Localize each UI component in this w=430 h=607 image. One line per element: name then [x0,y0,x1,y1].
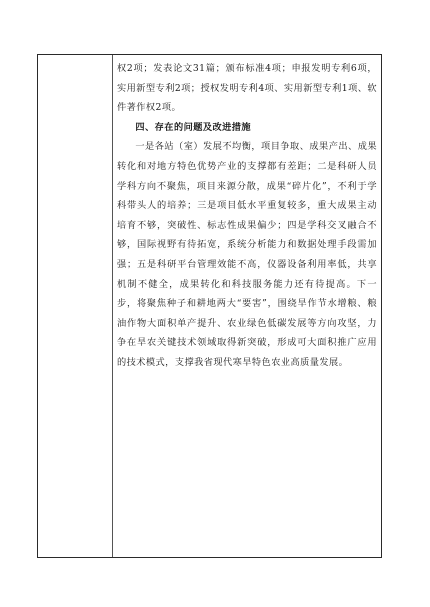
section-heading-problems-and-measures: 四、存在的问题及改进措施 [117,118,377,138]
table-label-cell [38,55,113,557]
paragraph-achievements-continued: 权2项；发表论文31篇；颁布标准4项；申报发明专利6项，实用新型专利2项；授权发… [117,59,377,118]
document-table: 权2项；发表论文31篇；颁布标准4项；申报发明专利6项，实用新型专利2项；授权发… [37,54,382,558]
paragraph-problems-and-measures: 一是各站（室）发展不均衡，项目争取、成果产出、成果转化和对地方特色优势产业的支撑… [117,137,377,372]
table-content-cell: 权2项；发表论文31篇；颁布标准4项；申报发明专利6项，实用新型专利2项；授权发… [113,55,381,557]
